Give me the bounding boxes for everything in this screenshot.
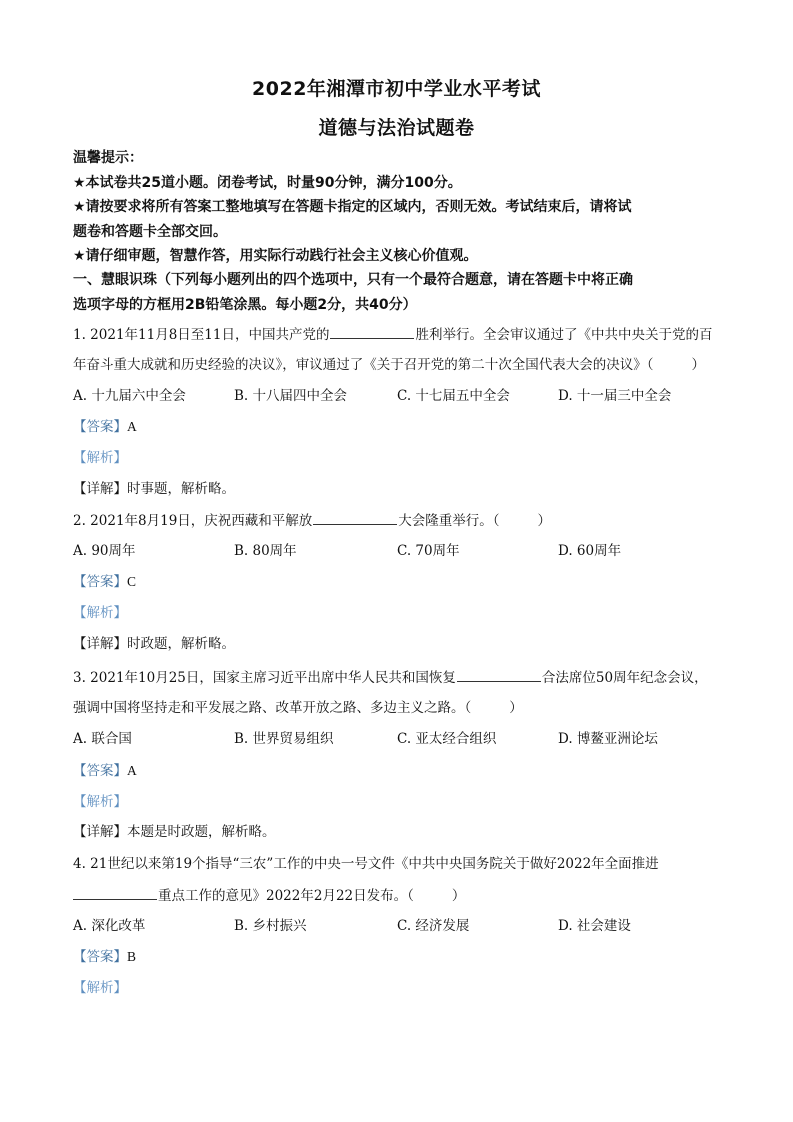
option-a: A. 联合国 — [73, 730, 132, 748]
detail-text: 本题是时政题，解析略。 — [127, 824, 276, 840]
paren-close: ） — [509, 700, 523, 716]
notice-item: ★请按要求将所有答案工整地填写在答题卡指定的区域内，否则无效。考试结束后，请将试 — [73, 198, 632, 216]
answer-label: 【答案】 — [73, 419, 127, 435]
answer-value: A — [127, 763, 137, 778]
question-3-stem-a: 3. 2021年10月25日，国家主席习近平出席中华人民共和国恢复 — [73, 670, 456, 686]
option-c: C. 70周年 — [397, 542, 460, 560]
blank-line — [330, 325, 414, 339]
question-2-stem-a: 2. 2021年8月19日，庆祝西藏和平解放 — [73, 513, 312, 529]
detail-label: 【详解】 — [73, 481, 127, 497]
question-1-stem-a: 1. 2021年11月8日至11日，中国共产党的 — [73, 327, 329, 343]
analysis-label: 【解析】 — [73, 605, 127, 621]
option-c: C. 亚太经合组织 — [397, 730, 496, 748]
question-3-stem-line1: 3. 2021年10月25日，国家主席习近平出席中华人民共和国恢复合法席位50周… — [73, 668, 708, 687]
option-b: B. 世界贸易组织 — [234, 730, 334, 748]
notice-item: 题卷和答题卡全部交回。 — [73, 223, 227, 241]
question-2-stem-b: 大会隆重举行。 — [398, 513, 493, 529]
analysis-label: 【解析】 — [73, 450, 127, 466]
question-1-stem-c: 年奋斗重大成就和历史经验的决议》，审议通过了《关于召开党的第二十次全国代表大会的… — [73, 357, 647, 373]
answer-value: A — [127, 419, 137, 434]
question-3-stem-b: 合法席位50周年纪念会议， — [542, 670, 708, 686]
paren-close: ） — [692, 357, 706, 373]
question-4-stem-line1: 4. 21世纪以来第19个指导“三农”工作的中央一号文件《中共中央国务院关于做好… — [73, 855, 659, 873]
paren-open: （ — [407, 888, 414, 904]
question-4-stem-b: 重点工作的意见》2022年2月22日发布。 — [158, 888, 407, 904]
answer-label: 【答案】 — [73, 949, 127, 965]
option-b: B. 乡村振兴 — [234, 917, 307, 935]
question-4-stem-line2: 重点工作的意见》2022年2月22日发布。（） — [73, 886, 465, 905]
question-1-detail: 【详解】时事题，解析略。 — [73, 480, 235, 498]
analysis-label: 【解析】 — [73, 794, 127, 810]
question-1-analysis: 【解析】 — [73, 449, 127, 467]
option-d: D. 博鳌亚洲论坛 — [558, 730, 658, 748]
question-1-stem-b: 胜利举行。全会审议通过了《中共中央关于党的百 — [415, 327, 712, 343]
page-subtitle: 道德与法治试题卷 — [0, 113, 793, 140]
exam-page: 2022年湘潭市初中学业水平考试 道德与法治试题卷 温馨提示： ★本试卷共25道… — [0, 0, 793, 1122]
option-c: C. 十七届五中全会 — [397, 387, 510, 405]
question-3-stem-line2: 强调中国将坚持走和平发展之路、改革开放之路、多边主义之路。（） — [73, 699, 523, 717]
detail-text: 时事题，解析略。 — [127, 481, 235, 497]
paren-close: ） — [538, 513, 552, 529]
answer-value: C — [127, 574, 136, 589]
notice-item: ★请仔细审题，智慧作答，用实际行动践行社会主义核心价值观。 — [73, 247, 478, 265]
paren-open: （ — [647, 357, 654, 373]
option-a: A. 十九届六中全会 — [73, 387, 186, 405]
notice-item: ★本试卷共25道小题。闭卷考试，时量90分钟，满分100分。 — [73, 174, 462, 192]
paren-open: （ — [465, 700, 472, 716]
option-d: D. 60周年 — [558, 542, 621, 560]
option-c: C. 经济发展 — [397, 917, 469, 935]
section-heading-line1: 一、慧眼识珠（下列每小题列出的四个选项中，只有一个最符合题意，请在答题卡中将正确 — [73, 271, 633, 289]
question-4-analysis: 【解析】 — [73, 979, 127, 997]
question-3-answer: 【答案】A — [73, 762, 137, 780]
page-title: 2022年湘潭市初中学业水平考试 — [0, 74, 793, 101]
option-a: A. 90周年 — [73, 542, 136, 560]
detail-label: 【详解】 — [73, 824, 127, 840]
blank-line — [457, 668, 541, 682]
option-b: B. 十八届四中全会 — [234, 387, 347, 405]
question-4-answer: 【答案】B — [73, 948, 136, 966]
question-4-stem-a: 4. 21世纪以来第19个指导“三农”工作的中央一号文件《中共中央国务院关于做好… — [73, 856, 659, 872]
option-d: D. 十一届三中全会 — [558, 387, 671, 405]
answer-value: B — [127, 949, 136, 964]
blank-line — [313, 511, 397, 525]
blank-line — [73, 886, 157, 900]
detail-label: 【详解】 — [73, 636, 127, 652]
option-d: D. 社会建设 — [558, 917, 631, 935]
question-1-stem-line2: 年奋斗重大成就和历史经验的决议》，审议通过了《关于召开党的第二十次全国代表大会的… — [73, 356, 705, 374]
question-2-stem: 2. 2021年8月19日，庆祝西藏和平解放大会隆重举行。（） — [73, 511, 551, 530]
option-b: B. 80周年 — [234, 542, 297, 560]
question-1-stem-line1: 1. 2021年11月8日至11日，中国共产党的胜利举行。全会审议通过了《中共中… — [73, 325, 712, 344]
analysis-label: 【解析】 — [73, 980, 127, 996]
answer-label: 【答案】 — [73, 763, 127, 779]
question-3-stem-c: 强调中国将坚持走和平发展之路、改革开放之路、多边主义之路。 — [73, 700, 465, 716]
question-3-detail: 【详解】本题是时政题，解析略。 — [73, 823, 276, 841]
question-2-analysis: 【解析】 — [73, 604, 127, 622]
question-2-detail: 【详解】时政题，解析略。 — [73, 635, 235, 653]
question-2-answer: 【答案】C — [73, 573, 136, 591]
notice-heading: 温馨提示： — [73, 149, 143, 167]
question-3-analysis: 【解析】 — [73, 793, 127, 811]
paren-open: （ — [493, 513, 500, 529]
question-1-answer: 【答案】A — [73, 418, 137, 436]
section-heading-line2: 选项字母的方框用2B铅笔涂黑。每小题2分，共40分） — [73, 296, 417, 314]
answer-label: 【答案】 — [73, 574, 127, 590]
paren-close: ） — [452, 888, 466, 904]
detail-text: 时政题，解析略。 — [127, 636, 235, 652]
option-a: A. 深化改革 — [73, 917, 145, 935]
